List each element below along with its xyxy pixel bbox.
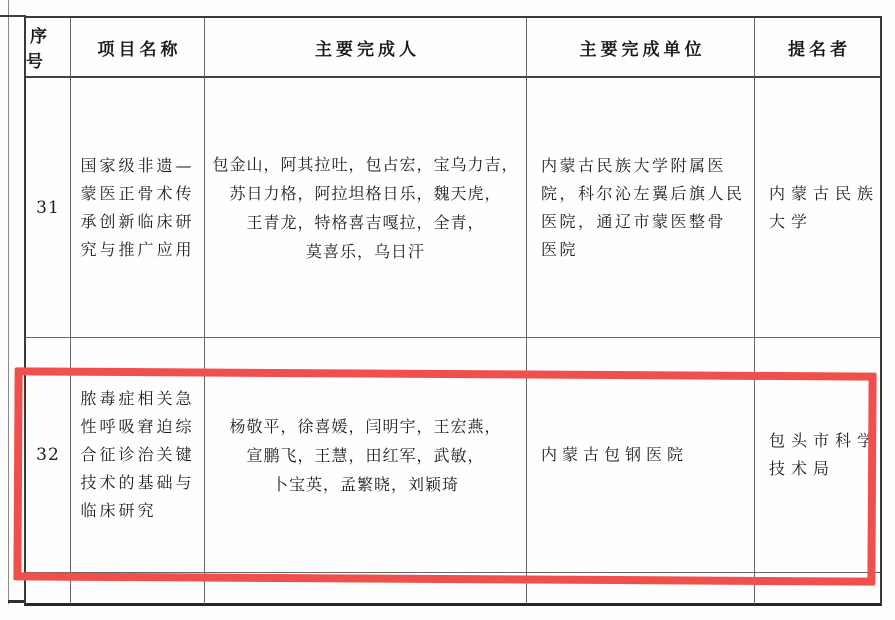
col-header-project-name-label: 项目名称 — [94, 35, 182, 60]
text-line: 承创新临床研 — [80, 208, 194, 236]
row32-contributors: 杨敬平，徐喜媛，闫明宇，王宏燕，宣鹏飞，王慧，田红军，武敏，卜宝英，孟繁晓，刘颖… — [205, 412, 526, 499]
text-line: 包头市科学 — [769, 427, 879, 455]
col-header-nominator-label: 提名者 — [784, 35, 851, 60]
text-line: 包金山，阿其拉吐，包占宏，宝乌力吉， — [205, 150, 526, 179]
text-line: 宣鹏飞，王慧，田红军，武敏， — [205, 441, 526, 470]
text-line: 性呼吸窘迫综 — [80, 413, 194, 441]
text-line: 莫喜乐，乌日汗 — [205, 237, 526, 266]
col-header-main-organizations-label: 主要完成单位 — [576, 35, 706, 60]
row32-nominator-cell: 包头市科学技术局 — [755, 338, 880, 573]
col-header-main-contributors: 主要完成人 — [205, 18, 527, 78]
row32-project-name: 脓毒症相关急性呼吸窘迫综合征诊治关键技术的基础与临床研究 — [80, 385, 194, 525]
text-line: 国家级非遗— — [80, 152, 194, 180]
empty-cell — [71, 573, 205, 604]
row32-contributors-cell: 杨敬平，徐喜媛，闫明宇，王宏燕，宣鹏飞，王慧，田红军，武敏，卜宝英，孟繁晓，刘颖… — [205, 338, 527, 573]
award-projects-table: 序号 项目名称 主要完成人 主要完成单位 提名者 31 国家级非遗—蒙医正骨术传… — [24, 16, 882, 606]
text-line: 蒙医正骨术传 — [80, 180, 194, 208]
row31-number-cell: 31 — [26, 78, 71, 338]
text-line: 杨敬平，徐喜媛，闫明宇，王宏燕， — [205, 412, 526, 441]
text-line: 医院 — [541, 236, 745, 264]
page-edge-line — [8, 0, 9, 604]
text-line: 内蒙古民族 — [769, 180, 879, 208]
text-line: 卜宝英，孟繁晓，刘颖琦 — [205, 470, 526, 499]
row32-organizations-cell: 内蒙古包钢医院 — [527, 338, 755, 573]
col-header-number: 序号 — [26, 18, 71, 78]
col-header-project-name: 项目名称 — [71, 18, 205, 78]
text-line: 究与推广应用 — [80, 236, 194, 264]
row31-organizations: 内蒙古民族大学附属医院，科尔沁左翼后旗人民医院，通辽市蒙医整骨医院 — [541, 152, 745, 264]
text-line: 医院，通辽市蒙医整骨 — [541, 208, 745, 236]
text-line: 大学 — [769, 208, 879, 236]
text-line: 院，科尔沁左翼后旗人民 — [541, 180, 745, 208]
text-line: 合征诊治关键 — [80, 441, 194, 469]
text-line: 技术局 — [769, 455, 879, 483]
col-header-main-contributors-label: 主要完成人 — [311, 35, 420, 60]
empty-cell — [527, 573, 755, 604]
row31-contributors: 包金山，阿其拉吐，包占宏，宝乌力吉，苏日力格，阿拉坦格日乐，魏天虎，王青龙，特格… — [205, 150, 526, 266]
text-line: 王青龙，特格喜吉嘎拉，全青， — [205, 208, 526, 237]
row31-contributors-cell: 包金山，阿其拉吐，包占宏，宝乌力吉，苏日力格，阿拉坦格日乐，魏天虎，王青龙，特格… — [205, 78, 527, 338]
row32-organizations: 内蒙古包钢医院 — [541, 441, 688, 469]
row31-number: 31 — [36, 198, 60, 218]
scanned-document-page: 序号 项目名称 主要完成人 主要完成单位 提名者 31 国家级非遗—蒙医正骨术传… — [0, 0, 895, 620]
text-line: 脓毒症相关急 — [80, 385, 194, 413]
row32-number: 32 — [36, 445, 60, 465]
row31-project-name-cell: 国家级非遗—蒙医正骨术传承创新临床研究与推广应用 — [71, 78, 205, 338]
text-line: 技术的基础与 — [80, 469, 194, 497]
row32-nominator: 包头市科学技术局 — [769, 427, 879, 483]
row31-nominator: 内蒙古民族大学 — [769, 180, 879, 236]
row32-project-name-cell: 脓毒症相关急性呼吸窘迫综合征诊治关键技术的基础与临床研究 — [71, 338, 205, 573]
text-line: 内蒙古民族大学附属医 — [541, 152, 745, 180]
top-border-extension-line — [0, 15, 26, 17]
row32-number-cell: 32 — [26, 338, 71, 573]
col-header-number-label: 序号 — [26, 22, 70, 72]
text-line: 内蒙古包钢医院 — [541, 441, 688, 469]
row31-nominator-cell: 内蒙古民族大学 — [755, 78, 880, 338]
empty-cell — [26, 573, 71, 604]
text-line: 临床研究 — [80, 497, 194, 525]
empty-cell — [755, 573, 880, 604]
text-line: 苏日力格，阿拉坦格日乐，魏天虎， — [205, 179, 526, 208]
col-header-nominator: 提名者 — [755, 18, 880, 78]
empty-cell — [205, 573, 527, 604]
row31-organizations-cell: 内蒙古民族大学附属医院，科尔沁左翼后旗人民医院，通辽市蒙医整骨医院 — [527, 78, 755, 338]
col-header-main-organizations: 主要完成单位 — [527, 18, 755, 78]
row31-project-name: 国家级非遗—蒙医正骨术传承创新临床研究与推广应用 — [80, 152, 194, 264]
